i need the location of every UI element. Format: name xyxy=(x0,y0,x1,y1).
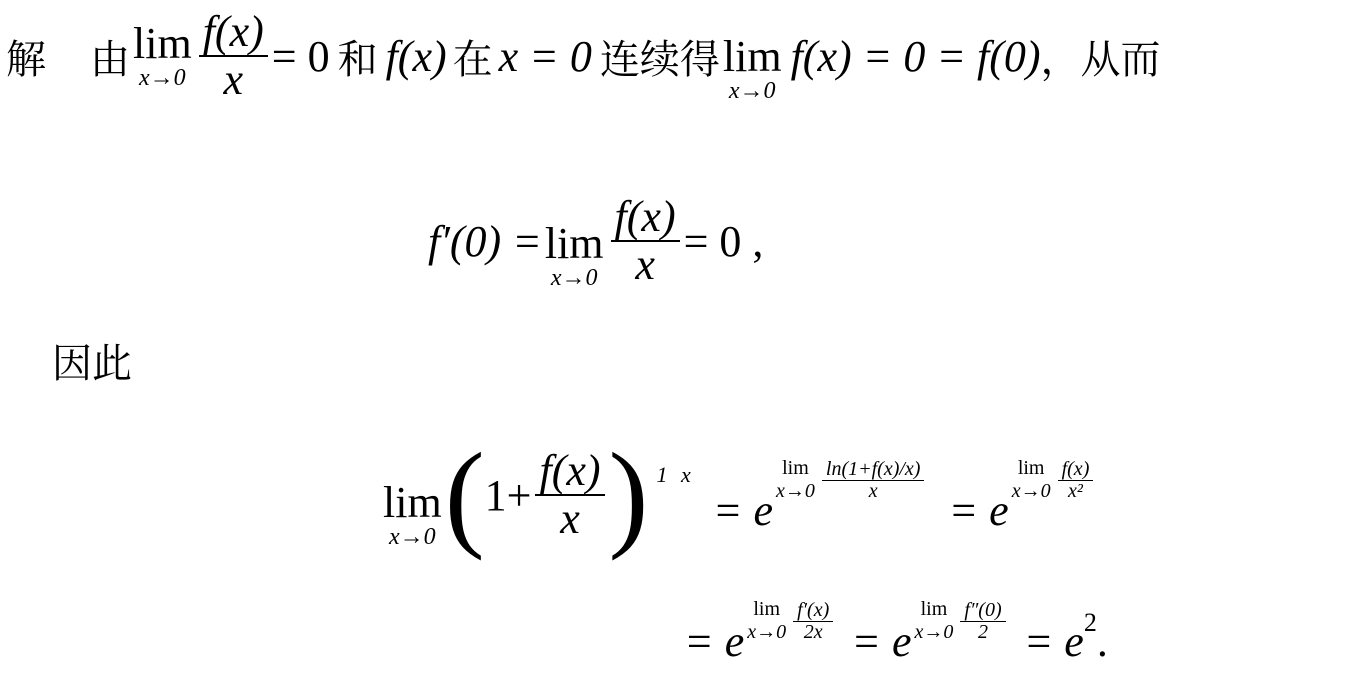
final-result: = e xyxy=(1024,616,1084,667)
equals-zero: = 0 xyxy=(272,31,330,82)
equals-e-4: = e xyxy=(851,616,911,667)
limit-operator-2: lim x→0 xyxy=(723,35,782,103)
period: . xyxy=(1097,616,1108,667)
limit-result: f(x) = 0 = f(0) xyxy=(791,31,1041,82)
text-continuous: 连续得 xyxy=(600,28,720,85)
fraction-fx-over-x: f(x) x xyxy=(199,9,268,103)
comma: ， xyxy=(1041,28,1081,85)
left-paren: ( xyxy=(445,435,485,555)
equals-e-1: = e xyxy=(713,485,773,536)
limit-equation-line-2: = e limx→0 f′(x) 2x = e limx→0 f″(0) 2 =… xyxy=(684,586,1108,666)
f-prime-zero: f′(0) = xyxy=(428,216,542,267)
fx-expression: f(x) xyxy=(386,31,447,82)
equals-zero: = 0 , xyxy=(684,216,764,267)
exponent-1: limx→0 ln(1+f(x)/x) x xyxy=(773,457,928,503)
text-at: 在 xyxy=(453,28,493,85)
final-exponent: 2 xyxy=(1084,608,1097,638)
equals-e-3: = e xyxy=(684,616,744,667)
exponent-4: limx→0 f″(0) 2 xyxy=(912,598,1010,644)
text-thus: 从而 xyxy=(1081,28,1161,85)
limit-operator: lim x→0 xyxy=(133,22,192,90)
text-therefore: 因此 xyxy=(52,332,132,389)
derivative-equation: f′(0) = lim x→0 f(x) x = 0 , xyxy=(428,186,763,296)
fraction-fx-over-x: f(x) x xyxy=(535,448,604,542)
one-plus: 1+ xyxy=(485,470,532,521)
solution-line-1: 解 由 lim x→0 f(x) x = 0 和 f(x) 在 x = 0 连续… xyxy=(6,8,1161,104)
exponent-3: limx→0 f′(x) 2x xyxy=(744,598,837,644)
x-equals-zero: x = 0 xyxy=(499,31,592,82)
fraction-fx-over-x: f(x) x xyxy=(611,194,680,288)
limit-equation-line-1: lim x→0 ( 1+ f(x) x ) 1 x = e limx→0 ln(… xyxy=(380,420,1097,570)
right-paren: ) xyxy=(609,435,649,555)
exponent-2: limx→0 f(x) x² xyxy=(1009,457,1098,503)
exponent-one-over-x: 1 x xyxy=(653,462,695,488)
limit-operator: lim x→0 xyxy=(545,222,604,290)
solution-label: 解 xyxy=(6,28,46,85)
equals-e-2: = e xyxy=(948,485,1008,536)
text-by: 由 xyxy=(90,28,130,85)
limit-operator: lim x→0 xyxy=(383,481,442,549)
text-and: 和 xyxy=(338,28,378,85)
